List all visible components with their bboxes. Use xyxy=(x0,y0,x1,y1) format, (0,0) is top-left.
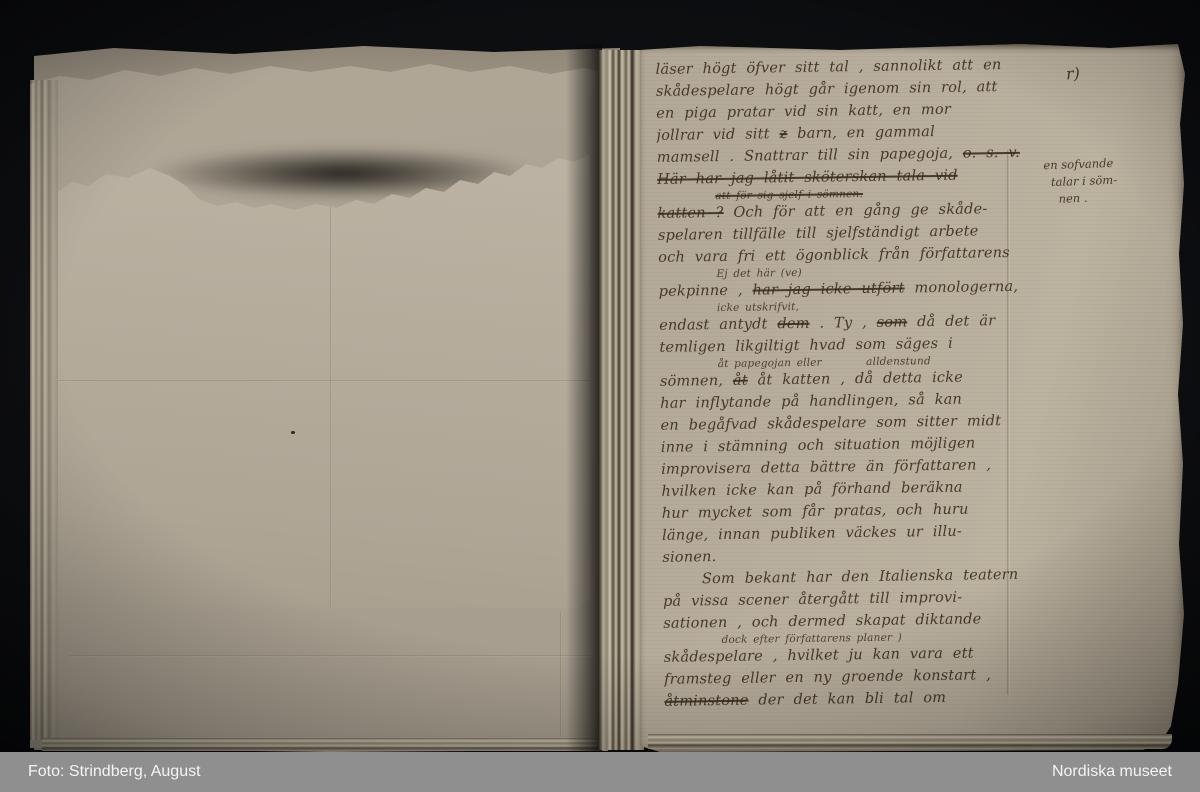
left-page-folded-sheet xyxy=(58,148,590,608)
handwritten-text: spelaren tillfälle till sjelfständigt ar… xyxy=(658,223,979,243)
struck-text: katten ? xyxy=(657,205,723,222)
struck-text: har jag icke utfört xyxy=(752,280,904,298)
manuscript-text: läser högt öfver sitt tal , sannolikt at… xyxy=(655,53,1076,717)
struck-text: Här har jag låtit sköterskan tala vid xyxy=(657,168,958,188)
caption-bar: Foto: Strindberg, August Nordiska museet xyxy=(0,752,1200,792)
fold-crease-vertical xyxy=(330,188,332,608)
struck-text: dem xyxy=(777,316,809,332)
struck-text: o. s. v. xyxy=(963,145,1020,162)
margin-note-line: nen . xyxy=(1044,189,1118,209)
handwritten-text: skådespelare högt går igenom sin rol, at… xyxy=(656,79,998,100)
handwritten-text: endast antydt xyxy=(659,316,777,334)
handwritten-text: en piga pratar vid sin katt, en mor xyxy=(656,102,951,122)
handwritten-text: mamsell . Snattrar till sin papegoja, xyxy=(657,146,963,166)
manuscript-photograph: läser högt öfver sitt tal , sannolikt at… xyxy=(0,0,1200,752)
handwritten-text: Och för att en gång ge skåde- xyxy=(723,201,987,221)
handwritten-text: temligen likgiltigt hvad som säges i xyxy=(659,336,953,356)
handwritten-text: läser högt öfver sitt tal , sannolikt at… xyxy=(655,57,1001,78)
handwritten-text: skådespelare , hvilket ju kan vara ett xyxy=(664,646,974,666)
handwritten-text: . Ty , xyxy=(809,315,876,332)
handwritten-text: inne i stämning och situation möjligen xyxy=(661,435,976,455)
handwritten-text: sionen. xyxy=(662,549,716,566)
museum-name: Nordiska museet xyxy=(1052,763,1172,781)
handwritten-text: hur mycket som får pratas, och huru xyxy=(662,502,969,522)
photo-credit: Foto: Strindberg, August xyxy=(28,763,201,781)
struck-text: åtminstone xyxy=(664,693,748,710)
right-page-edge-stack xyxy=(598,50,644,750)
handwritten-text: improvisera detta bättre än författaren … xyxy=(661,457,991,478)
struck-text: åt xyxy=(733,373,748,389)
handwritten-text: der det kan bli tal om xyxy=(748,690,946,709)
manuscript-line: åtminstone der det kan bli tal om xyxy=(664,685,1076,713)
handwritten-text: pekpinne , xyxy=(659,283,753,300)
handwritten-text: sömnen, xyxy=(660,373,733,390)
handwritten-text: en begåfvad skådespelare som sitter midt xyxy=(660,413,1001,434)
margin-note: en sofvande talar i söm- nen . xyxy=(1043,155,1118,209)
fold-crease-horizontal xyxy=(58,380,590,382)
handwritten-text: och vara fri ett ögonblick från författa… xyxy=(658,245,1010,266)
left-page-bottom-edge-stack xyxy=(42,738,608,751)
ink-speck xyxy=(291,431,295,434)
handwritten-text: jollrar vid sitt xyxy=(656,126,779,144)
handwritten-text: hvilken icke kan på förhand beräkna xyxy=(661,480,962,500)
handwritten-text: åt katten , då detta icke xyxy=(748,370,963,389)
handwritten-text: då det är xyxy=(907,313,995,330)
struck-text: som xyxy=(877,314,908,330)
page-mark: r) xyxy=(1065,64,1080,84)
right-page-bottom-edge-stack xyxy=(648,734,1172,749)
handwritten-text: länge, innan publiken väckes ur illu- xyxy=(662,524,962,544)
handwritten-text: har inflytande på handlingen, så kan xyxy=(660,392,962,412)
handwritten-text: sationen , och dermed skapat diktande xyxy=(663,611,981,631)
margin-note-line: talar i söm- xyxy=(1044,172,1118,192)
handwritten-text: Som bekant har den Italienska teatern xyxy=(663,567,1019,588)
gutter-shadow xyxy=(566,44,602,752)
handwritten-text: barn, en gammal xyxy=(787,124,935,142)
struck-text: ƶ xyxy=(779,126,787,142)
handwritten-text: på vissa scener återgått till improvi- xyxy=(663,590,962,610)
handwritten-text: framsteg eller en ny groende konstart , xyxy=(664,667,991,688)
handwritten-text: monologerna, xyxy=(905,279,1019,297)
left-page-edge-stack xyxy=(30,80,58,740)
